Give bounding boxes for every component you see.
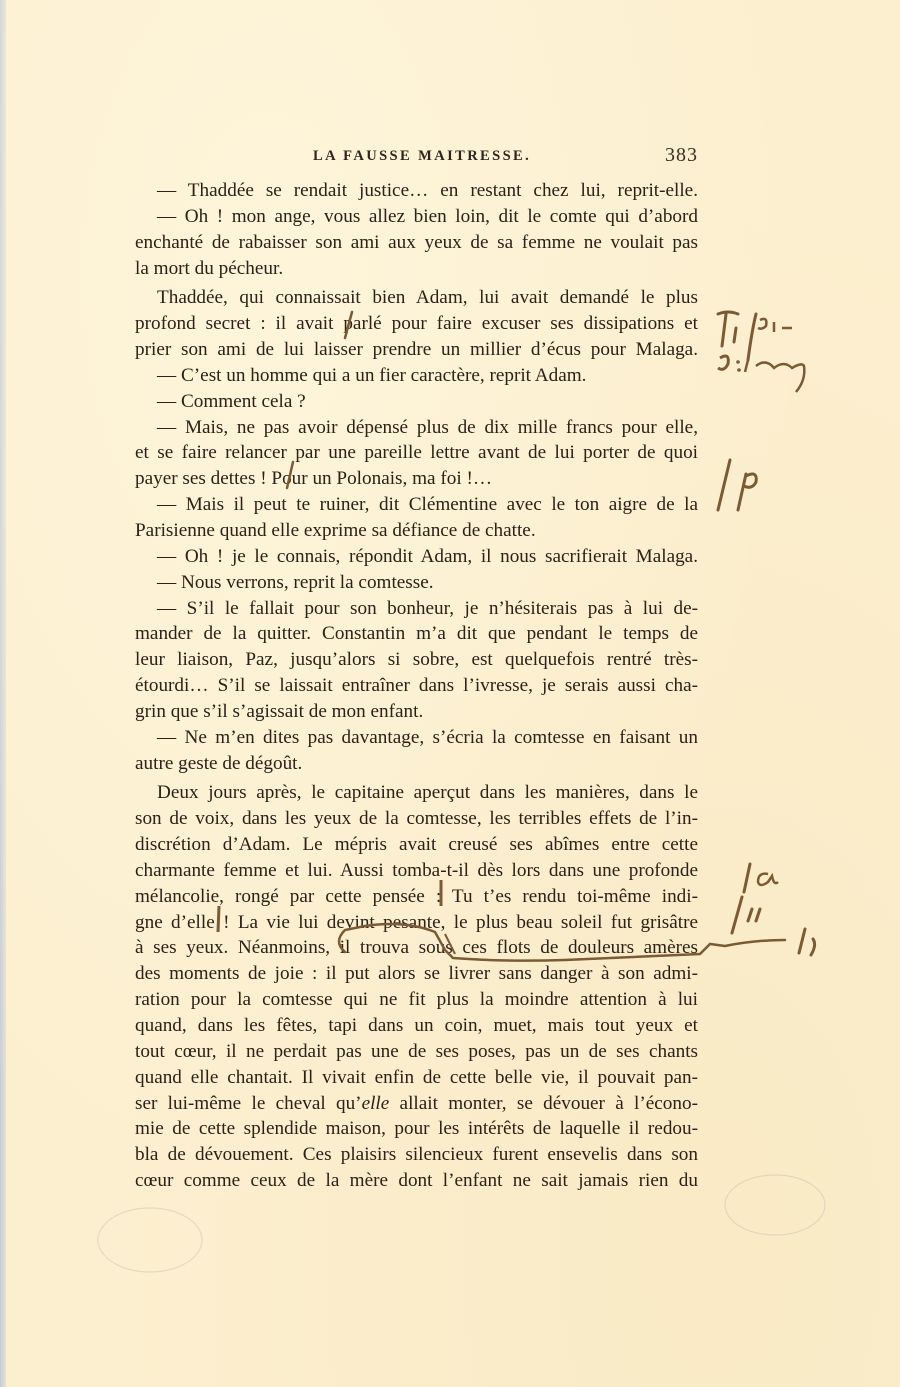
text-line: — Comment cela ? [135,389,698,415]
text-line: gne d’elle ! La vie lui devint pesante, … [135,910,698,936]
text-line: Deux jours après, le capitaine aperçut d… [135,780,698,806]
margin-note-alpha-mark [740,860,800,905]
running-title: LA FAUSSE MAITRESSE. [313,148,531,165]
text-line: prier son ami de lui laisser prendre un … [135,337,698,363]
text-line: — Oh ! je le connais, répondit Adam, il … [135,544,698,570]
text-line: la mort du pécheur. [135,256,698,282]
running-head: LA FAUSSE MAITRESSE. 383 [135,146,698,168]
text-line: cœur comme ceux de la mère dont l’enfant… [135,1168,698,1194]
margin-note-p-mark [712,450,772,525]
text-line: — Oh ! mon ange, vous allez bien loin, d… [135,204,698,230]
text-line: — Thaddée se rendait justice… en restant… [135,178,698,204]
text-line: payer ses dettes ! Pour un Polonais, ma … [135,466,698,492]
margin-note-insert-icon [712,300,822,405]
text-line: mander de la quitter. Constantin m’a dit… [135,621,698,647]
margin-note-quote-mark [728,895,788,945]
text-line-with-italic: ser lui-même le cheval qu’elle allait mo… [135,1091,698,1117]
text-line: — Ne m’en dites pas davantage, s’écria l… [135,725,698,751]
text-line: étourdi… S’il se laissait entraîner dans… [135,673,698,699]
text-line: charmante femme et lui. Aussi tomba-t-il… [135,858,698,884]
text-line: leur liaison, Paz, jusqu’alors si sobre,… [135,647,698,673]
text-line: autre geste de dégoût. [135,751,698,777]
text-line: ration pour la comtesse qui ne fit plus … [135,987,698,1013]
text-line: enchanté de rabaisser son ami aux yeux d… [135,230,698,256]
page-number: 383 [665,144,698,167]
text-line: — Mais il peut te ruiner, dit Clémentine… [135,492,698,518]
text-line: des moments de joie : il put alors se li… [135,961,698,987]
text-line: profond secret : il avait parlé pour fai… [135,311,698,337]
page-left-edge [0,0,6,1387]
text-line: discrétion d’Adam. Le mépris avait creus… [135,832,698,858]
text-line: à ses yeux. Néanmoins, il trouva sous ce… [135,935,698,961]
margin-note-paren-mark [795,925,825,970]
text-line: Parisienne quand elle exprime sa défianc… [135,518,698,544]
text-fragment: allait monter, se dévouer à l’écono- [389,1093,698,1114]
text-fragment: ser lui-même le cheval qu’ [135,1093,362,1114]
text-line: grin que s’il s’agissait de mon enfant. [135,699,698,725]
text-line: mélancolie, rongé par cette pensée : Tu … [135,884,698,910]
text-line: tout cœur, il ne perdait pas une de ses … [135,1039,698,1065]
text-line: bla de dévouement. Ces plaisirs silencie… [135,1142,698,1168]
text-line: son de voix, dans les yeux de la comtess… [135,806,698,832]
italic-word: elle [362,1093,390,1114]
text-line: — Nous verrons, reprit la comtesse. [135,570,698,596]
text-line: — Mais, ne pas avoir dépensé plus de dix… [135,415,698,441]
bleed-through-stamp-right [720,1170,830,1245]
text-line: — C’est un homme qui a un fier caractère… [135,363,698,389]
body-text: — Thaddée se rendait justice… en restant… [135,178,698,1194]
text-line: et se faire relancer par une pareille le… [135,440,698,466]
bleed-through-stamp-left [95,1205,205,1280]
text-line: quand, dans les fêtes, tapi dans un coin… [135,1013,698,1039]
text-line: mie de cette splendide maison, pour les … [135,1116,698,1142]
text-line: Thaddée, qui connaissait bien Adam, lui … [135,285,698,311]
text-line: — S’il le fallait pour son bonheur, je n… [135,596,698,622]
text-line: quand elle chantait. Il vivait enfin de … [135,1065,698,1091]
